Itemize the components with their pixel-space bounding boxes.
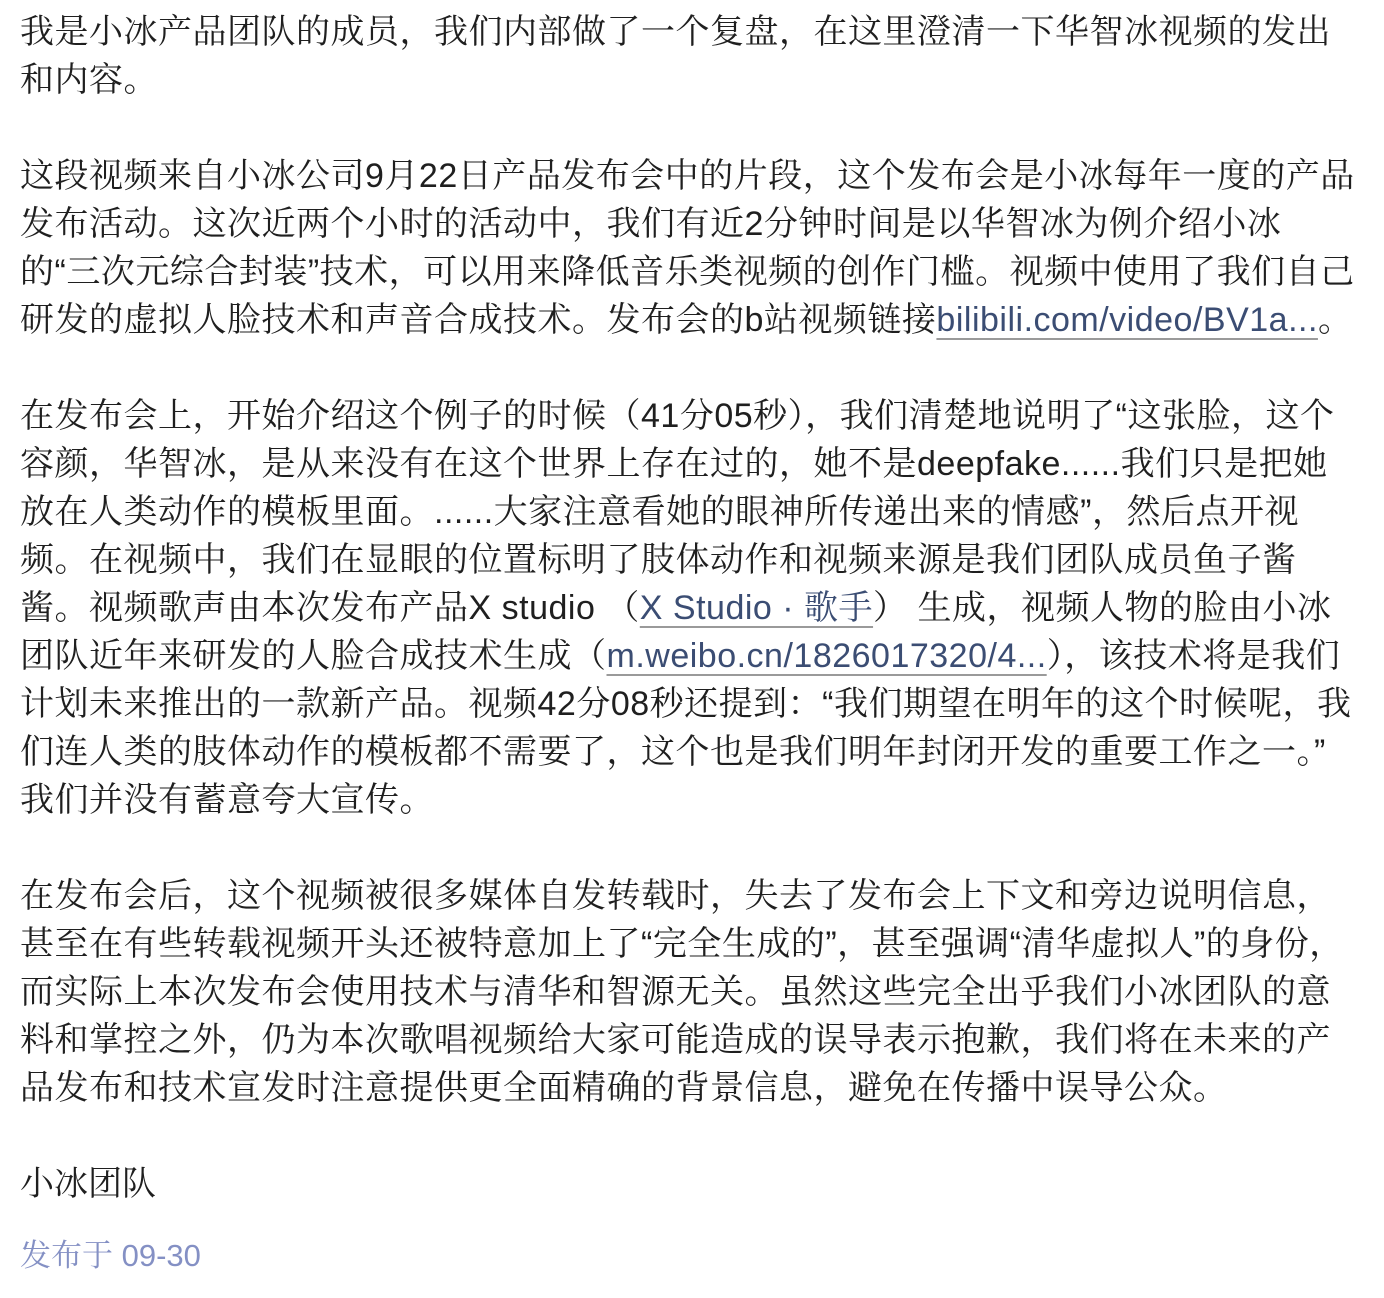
post-paragraph: 这段视频来自小冰公司9月22日产品发布会中的片段，这个发布会是小冰每年一度的产品…	[20, 152, 1362, 344]
post-paragraphs: 我是小冰产品团队的成员，我们内部做了一个复盘，在这里澄清一下华智冰视频的发出和内…	[20, 8, 1362, 1112]
paragraph-text: 。	[1318, 301, 1353, 339]
post-paragraph: 我是小冰产品团队的成员，我们内部做了一个复盘，在这里澄清一下华智冰视频的发出和内…	[20, 8, 1362, 104]
post-paragraph: 在发布会后，这个视频被很多媒体自发转载时，失去了发布会上下文和旁边说明信息，甚至…	[20, 872, 1362, 1112]
weibo-post: 我是小冰产品团队的成员，我们内部做了一个复盘，在这里澄清一下华智冰视频的发出和内…	[0, 0, 1384, 1298]
x-studio-singer-link[interactable]: X Studio · 歌手	[640, 589, 873, 627]
paragraph-text: 我是小冰产品团队的成员，我们内部做了一个复盘，在这里澄清一下华智冰视频的发出和内…	[20, 13, 1331, 99]
publish-timestamp: 发布于 09-30	[20, 1234, 1362, 1278]
post-paragraph: 在发布会上，开始介绍这个例子的时候（41分05秒），我们清楚地说明了“这张脸，这…	[20, 392, 1362, 824]
paragraph-text: 在发布会后，这个视频被很多媒体自发转载时，失去了发布会上下文和旁边说明信息，甚至…	[20, 877, 1344, 1107]
weibo-tech-link[interactable]: m.weibo.cn/1826017320/4...	[607, 637, 1047, 675]
post-signature: 小冰团队	[20, 1160, 1362, 1208]
bilibili-video-link[interactable]: bilibili.com/video/BV1a...	[936, 301, 1318, 339]
